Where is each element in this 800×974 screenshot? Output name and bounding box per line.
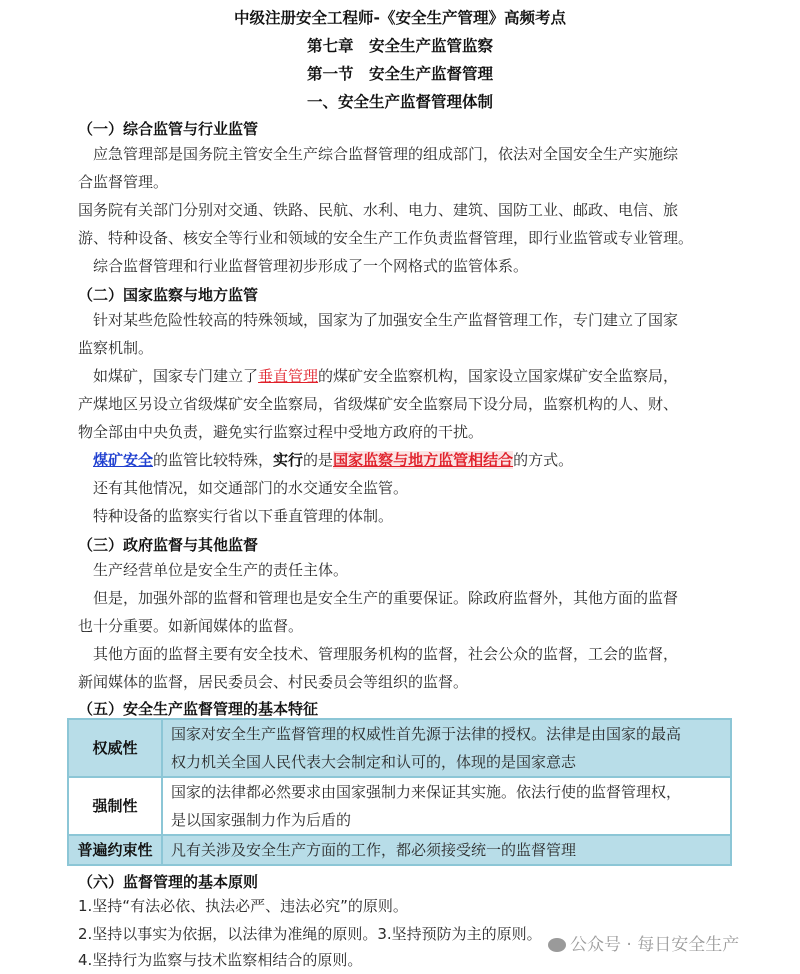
document-title: 中级注册安全工程师-《安全生产管理》高频考点	[0, 6, 800, 28]
paragraph-line: 新闻媒体的监督，居民委员会、村民委员会等组织的监督。	[78, 668, 728, 696]
paragraph-line: 其他方面的监督主要有安全技术、管理服务机构的监督，社会公众的监督，工会的监督，	[78, 640, 728, 668]
feature-description: 国家对安全生产监督管理的权威性首先源于法律的授权。法律是由国家的最高 权力机关全…	[162, 719, 731, 777]
chapter-title: 第七章 安全生产监管监察	[0, 34, 800, 56]
paragraph-line: 应急管理部是国务院主管安全生产综合监督管理的组成部门，依法对全国安全生产实施综	[78, 140, 728, 168]
principle-item: 1.坚持“有法必依、执法必严、违法必究”的原则。	[78, 892, 728, 920]
description-line: 权力机关全国人民代表大会制定和认可的，体现的是国家意志	[171, 748, 722, 776]
subsection-title: 一、安全生产监督管理体制	[0, 90, 800, 112]
text-span: 的监管比较特殊，	[153, 451, 273, 469]
feature-description: 国家的法律都必然要求由国家强制力来保证其实施。依法行使的监督管理权， 是以国家强…	[162, 777, 731, 835]
highlight-vertical-management: 垂直管理	[258, 367, 318, 385]
paragraph-line: 特种设备的监察实行省以下垂直管理的体制。	[78, 502, 728, 530]
paragraph-line: 监察机制。	[78, 334, 728, 362]
paragraph-line: 但是，加强外部的监督和管理也是安全生产的重要保证。除政府监督外，其他方面的监督	[78, 584, 728, 612]
heading-part1: （一）综合监管与行业监管	[78, 118, 258, 139]
description-line: 国家的法律都必然要求由国家强制力来保证其实施。依法行使的监督管理权，	[171, 778, 722, 806]
heading-part2: （二）国家监察与地方监管	[78, 284, 258, 305]
feature-description: 凡有关涉及安全生产方面的工作，都必须接受统一的监督管理	[162, 835, 731, 865]
paragraph-line: 游、特种设备、核安全等行业和领域的安全生产工作负责监督管理，即行业监管或专业管理…	[78, 224, 728, 252]
table-row: 普遍约束性 凡有关涉及安全生产方面的工作，都必须接受统一的监督管理	[68, 835, 731, 865]
heading-part3: （三）政府监督与其他监督	[78, 534, 258, 555]
feature-name: 普遍约束性	[68, 835, 162, 865]
paragraph-line: 生产经营单位是安全生产的责任主体。	[78, 556, 728, 584]
heading-part6: （六）监督管理的基本原则	[78, 871, 258, 892]
description-line: 凡有关涉及安全生产方面的工作，都必须接受统一的监督管理	[171, 836, 722, 864]
paragraph-line: 产煤地区另设立省级煤矿安全监察局，省级煤矿安全监察局下设分局，监察机构的人、财、	[78, 390, 728, 418]
paragraph-line: 合监督管理。	[78, 168, 728, 196]
wechat-icon	[548, 938, 566, 952]
features-table: 权威性 国家对安全生产监督管理的权威性首先源于法律的授权。法律是由国家的最高 权…	[67, 718, 732, 866]
table-row: 强制性 国家的法律都必然要求由国家强制力来保证其实施。依法行使的监督管理权， 是…	[68, 777, 731, 835]
paragraph-line: 国务院有关部门分别对交通、铁路、民航、水利、电力、建筑、国防工业、邮政、电信、旅	[78, 196, 728, 224]
paragraph-line: 还有其他情况，如交通部门的水交通安全监管。	[78, 474, 728, 502]
paragraph-line: 也十分重要。如新闻媒体的监督。	[78, 612, 728, 640]
watermark-text: 公众号 · 每日安全生产	[570, 935, 739, 955]
bold-text: 实行	[273, 451, 303, 469]
description-line: 国家对安全生产监督管理的权威性首先源于法律的授权。法律是由国家的最高	[171, 720, 722, 748]
paragraph-line: 针对某些危险性较高的特殊领域，国家为了加强安全生产监督管理工作，专门建立了国家	[78, 306, 728, 334]
highlight-combined-supervision: 国家监察与地方监管相结合	[333, 451, 513, 469]
paragraph-line: 如煤矿，国家专门建立了垂直管理的煤矿安全监察机构，国家设立国家煤矿安全监察局，	[78, 362, 728, 390]
paragraph-line: 综合监督管理和行业监督管理初步形成了一个网格式的监管体系。	[78, 252, 728, 280]
text-span: 的煤矿安全监察机构，国家设立国家煤矿安全监察局，	[318, 367, 678, 385]
paragraph-line: 煤矿安全的监管比较特殊，实行的是国家监察与地方监管相结合的方式。	[78, 446, 728, 474]
heading-part5: （五）安全生产监督管理的基本特征	[78, 698, 318, 719]
section-title: 第一节 安全生产监督管理	[0, 62, 800, 84]
feature-name: 权威性	[68, 719, 162, 777]
highlight-coal-mine-safety: 煤矿安全	[93, 451, 153, 469]
feature-name: 强制性	[68, 777, 162, 835]
text-span: 的方式。	[513, 451, 573, 469]
watermark: 公众号 · 每日安全生产	[548, 930, 739, 955]
table-row: 权威性 国家对安全生产监督管理的权威性首先源于法律的授权。法律是由国家的最高 权…	[68, 719, 731, 777]
text-span: 如煤矿，国家专门建立了	[93, 367, 258, 385]
description-line: 是以国家强制力作为后盾的	[171, 806, 722, 834]
paragraph-line: 物全部由中央负责，避免实行监察过程中受地方政府的干扰。	[78, 418, 728, 446]
text-span: 的是	[303, 451, 333, 469]
